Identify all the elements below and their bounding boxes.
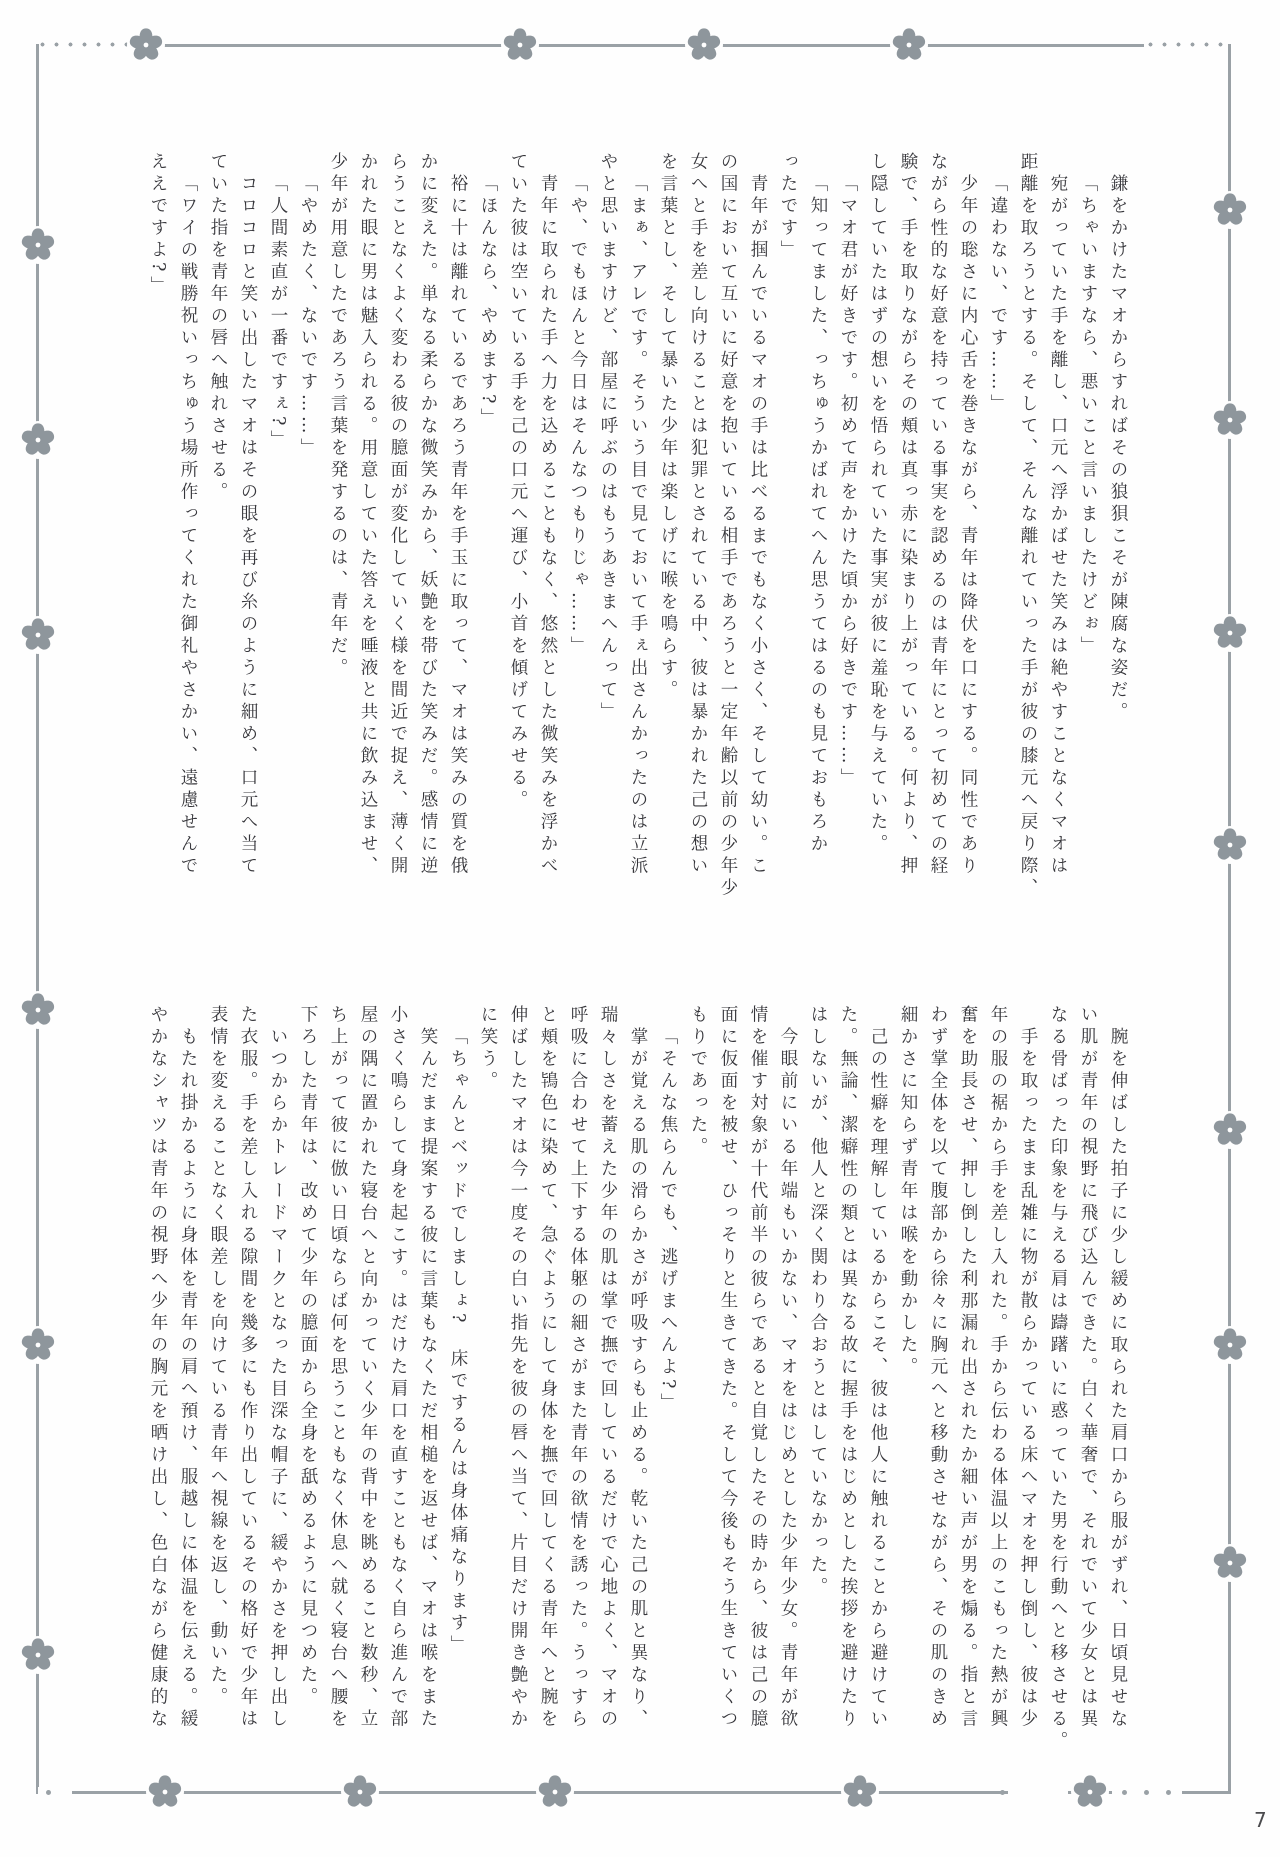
dot-ornament <box>1144 1790 1149 1795</box>
text-column: 「まぁ、アレです。そういう目で見ておいて手ぇ出さんかったのは立派 <box>623 152 653 927</box>
sakura-flower-icon <box>18 990 58 1030</box>
dotted-line <box>40 42 132 47</box>
sakura-flower-icon <box>500 25 540 65</box>
sakura-flower-icon <box>126 25 166 65</box>
text-column: と頬を鴇色に染めて、急ぐようにして身体を撫で回してくる青年へと腕を <box>533 1005 563 1780</box>
text-column: 「そんな焦らんでも、逃げまへんよ?」 <box>653 1005 683 1780</box>
dot-ornament <box>1122 1790 1127 1795</box>
text-column: ていた彼は空いている手を己の口元へ運び、小首を傾げてみせる。 <box>503 152 533 927</box>
text-column: 女へと手を差し向けることは犯罪とされている中、彼は暴かれた己の想い <box>683 152 713 927</box>
text-column: 「や、でもほんと今日はそんなつもりじゃ……」 <box>563 152 593 927</box>
text-column: 細かさに知らず青年は喉を動かした。 <box>893 1005 923 1780</box>
text-column: はしないが、他人と深く関わり合おうとはしていなかった。 <box>803 1005 833 1780</box>
border-line <box>130 44 1144 47</box>
text-column: 瑞々しさを蓄えた少年の肌は掌で撫で回しているだけで心地よく、マオの <box>593 1005 623 1780</box>
text-column: 少年が用意したであろう言葉を発するのは、青年だ。 <box>323 152 353 927</box>
text-column: 少年の聡さに内心舌を巻きながら、青年は降伏を口にする。同性であり <box>953 152 983 927</box>
text-column: 青年が掴んでいるマオの手は比べるまでもなく小さく、そして幼い。こ <box>743 152 773 927</box>
text-column: 腕を伸ばした拍子に少し緩めに取られた肩口から服がずれ、日頃見せな <box>1103 1005 1133 1780</box>
text-column: 呼吸に合わせて上下する体躯の細さがまた青年の欲情を誘った。うっすら <box>563 1005 593 1780</box>
sakura-flower-icon <box>889 25 929 65</box>
text-column: 「ちゃんとベッドでしましょ? 床でするんは身体痛なります」 <box>443 1005 473 1780</box>
upper-text-block: 鎌をかけたマオからすればその狼狽こそが陳腐な姿だ。「ちゃいますなら、悪いこと言い… <box>143 152 1133 927</box>
text-column: かに変えた。単なる柔らかな微笑みから、妖艶を帯びた笑みだ。感情に逆 <box>413 152 443 927</box>
border-line <box>1228 44 1231 1794</box>
text-column: ながら性的な好意を持っている事実を認めるのは青年にとって初めての経 <box>923 152 953 927</box>
dot-ornament <box>1166 1790 1171 1795</box>
page-number: 7 <box>1254 1808 1267 1832</box>
text-column: 青年に取られた手へ力を込めることもなく、悠然とした微笑みを浮かべ <box>533 152 563 927</box>
text-column: ち上がって彼に倣い日頃ならば何を思うこともなく休息へ就く寝台へ腰を <box>323 1005 353 1780</box>
text-column: 距離を取ろうとする。そして、そんな離れていった手が彼の膝元へ戻り際、 <box>1013 152 1043 927</box>
text-column: やと思いますけど、部屋に呼ぶのはもうあきまへんって」 <box>593 152 623 927</box>
text-column: らうことなくよく変わる彼の臆面が変化していく様を間近で捉え、薄く開 <box>383 152 413 927</box>
text-column: 「ワイの戦勝祝いっちゅう場所作ってくれた御礼やさかい、遠慮せんで <box>173 152 203 927</box>
text-column: に笑う。 <box>473 1005 503 1780</box>
sakura-flower-icon <box>684 25 724 65</box>
text-column: 笑んだまま提案する彼に言葉もなくただ相槌を返せば、マオは喉をまた <box>413 1005 443 1780</box>
text-column: た。無論、潔癖性の類とは異なる故に握手をはじめとした挨拶を避けたり <box>833 1005 863 1780</box>
text-column: 鎌をかけたマオからすればその狼狽こそが陳腐な姿だ。 <box>1103 152 1133 927</box>
text-column: コロコロと笑い出したマオはその眼を再び糸のように細め、口元へ当て <box>233 152 263 927</box>
text-column: 宛がっていた手を離し、口元へ浮かばせた笑みは絶やすことなくマオは <box>1043 152 1073 927</box>
text-column: の国において互いに好意を抱いている相手であろうと一定年齢以前の少年少 <box>713 152 743 927</box>
line-gap <box>38 1787 72 1798</box>
text-column: 屋の隅に置かれた寝台へと向かっていく少年の背中を眺めること数秒、立 <box>353 1005 383 1780</box>
text-column: 情を催す対象が十代前半の彼らであると自覚したその時から、彼は己の臆 <box>743 1005 773 1780</box>
text-column: 「ほんなら、やめます?」 <box>473 152 503 927</box>
doujin-novel-page: { "page": { "number": "7" }, "decor": { … <box>0 0 1280 1857</box>
text-column: 裕に十は離れているであろう青年を手玉に取って、マオは笑みの質を俄 <box>443 152 473 927</box>
text-column: 掌が覚える肌の滑らかさが呼吸すらも止める。乾いた己の肌と異なり、 <box>623 1005 653 1780</box>
text-column: ていた指を青年の唇へ触れさせる。 <box>203 152 233 927</box>
text-column: た衣服。手を差し入れる隙間を幾多にも作り出しているその格好で少年は <box>233 1005 263 1780</box>
text-column: いつからかトレードマークとなった目深な帽子に、緩やかさを押し出し <box>263 1005 293 1780</box>
text-column: 面に仮面を被せ、ひっそりと生きてきた。そして今後もそう生きていくつ <box>713 1005 743 1780</box>
sakura-flower-icon <box>1210 1110 1250 1150</box>
sakura-flower-icon <box>1210 1543 1250 1583</box>
sakura-flower-icon <box>1210 400 1250 440</box>
lower-text-block: 腕を伸ばした拍子に少し緩めに取られた肩口から服がずれ、日頃見せない肌が青年の視野… <box>143 1005 1133 1780</box>
sakura-flower-icon <box>1210 825 1250 865</box>
sakura-flower-icon <box>18 1635 58 1675</box>
text-column: なる骨ばった印象を与える肩は躊躇いに惑っていた男を行動へと移させる。 <box>1043 1005 1073 1780</box>
text-column: 験で、手を取りながらその頬は真っ赤に染まり上がっている。何より、押 <box>893 152 923 927</box>
text-column: 「やめたく、ないです……」 <box>293 152 323 927</box>
text-column: ええですよ?」 <box>143 152 173 927</box>
text-column: 手を取ったまま乱雑に物が散らかっている床へマオを押し倒し、彼は少 <box>1013 1005 1043 1780</box>
text-column: ったです」 <box>773 152 803 927</box>
text-column: 「人間素直が一番ですぇ?」 <box>263 152 293 927</box>
text-column: 奮を助長させ、押し倒した利那漏れ出されたか細い声が男を煽る。指と言 <box>953 1005 983 1780</box>
text-column: 「マオ君が好きです。初めて声をかけた頃から好きです……」 <box>833 152 863 927</box>
text-column: もりであった。 <box>683 1005 713 1780</box>
text-column: 小さく鳴らして身を起こす。はだけた肩口を直すこともなく自ら進んで部 <box>383 1005 413 1780</box>
text-column: 己の性癖を理解しているからこそ、彼は他人に触れることから避けてい <box>863 1005 893 1780</box>
text-column: 「違わない、です……」 <box>983 152 1013 927</box>
text-column: わず掌全体を以て腹部から徐々に胸元へと移動させながら、その肌のきめ <box>923 1005 953 1780</box>
sakura-flower-icon <box>18 1325 58 1365</box>
text-column: 下ろした青年は、改めて少年の臆面から全身を舐めるように見つめた。 <box>293 1005 323 1780</box>
text-column: もたれ掛かるように身体を青年の肩へ預け、服越しに体温を伝える。緩 <box>173 1005 203 1780</box>
line-gap <box>1008 1787 1068 1798</box>
text-column: やかなシャツは青年の視野へ少年の胸元を晒け出し、色白ながら健康的な <box>143 1005 173 1780</box>
dot-ornament <box>46 1790 51 1795</box>
text-column: 今眼前にいる年端もいかない、マオをはじめとした少年少女。青年が欲 <box>773 1005 803 1780</box>
sakura-flower-icon <box>1210 613 1250 653</box>
text-column: 「ちゃいますなら、悪いこと言いましたけどぉ」 <box>1073 152 1103 927</box>
text-column: 「知ってました、っちゅうかばれてへん思うてはるのも見ておもろか <box>803 152 833 927</box>
text-column: い肌が青年の視野に飛び込んできた。白く華奢で、それでいて少女とは異 <box>1073 1005 1103 1780</box>
sakura-flower-icon <box>18 225 58 265</box>
text-column: 伸ばしたマオは今一度その白い指先を彼の唇へ当て、片目だけ開き艶やか <box>503 1005 533 1780</box>
sakura-flower-icon <box>1210 1325 1250 1365</box>
border-line <box>36 44 39 1794</box>
sakura-flower-icon <box>18 420 58 460</box>
dotted-line <box>1148 42 1232 47</box>
text-column: し隠していたはずの想いを悟られていた事実が彼に羞恥を与えていた。 <box>863 152 893 927</box>
text-column: を言葉とし、そして暴いた少年は楽しげに喉を鳴らす。 <box>653 152 683 927</box>
sakura-flower-icon <box>18 615 58 655</box>
text-column: かれた眼に男は魅入られる。用意していた答えを唾液と共に飲み込ませ、 <box>353 152 383 927</box>
dot-ornament <box>1000 1790 1005 1795</box>
text-column: 表情を変えることなく眼差しを向けている青年へ視線を返し、動いた。 <box>203 1005 233 1780</box>
text-column: 年の服の裾から手を差し入れた。手から伝わる体温以上のこもった熱が興 <box>983 1005 1013 1780</box>
sakura-flower-icon <box>1210 190 1250 230</box>
